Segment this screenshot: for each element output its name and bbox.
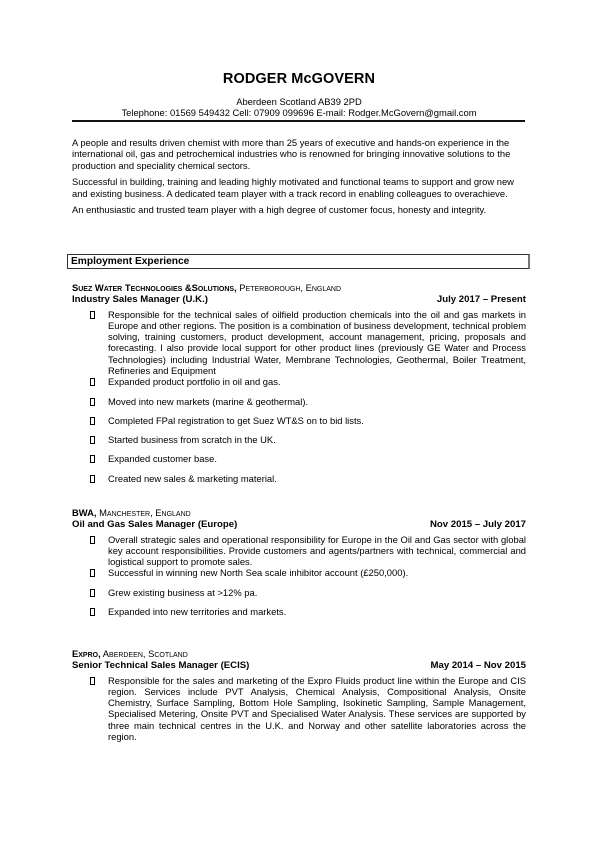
- bullet-text: Expanded customer base.: [108, 453, 217, 464]
- list-item: Responsible for the sales and marketing …: [72, 675, 526, 743]
- summary-paragraph: An enthusiastic and trusted team player …: [72, 204, 528, 215]
- bullet-icon: [90, 608, 95, 616]
- list-item: Responsible for the technical sales of o…: [72, 309, 526, 377]
- candidate-contact: Telephone: 01569 549432 Cell: 07909 0996…: [0, 107, 598, 118]
- job-entry: Expro, Aberdeen, Scotland Senior Technic…: [72, 648, 526, 742]
- company-line: BWA, Manchester, England: [72, 507, 526, 519]
- list-item: Moved into new markets (marine & geother…: [72, 396, 526, 407]
- job-entry: BWA, Manchester, England Oil and Gas Sal…: [72, 507, 526, 617]
- bullet-text: Overall strategic sales and operational …: [108, 534, 526, 568]
- company-location: Aberdeen, Scotland: [101, 648, 188, 659]
- list-item: Expanded product portfolio in oil and ga…: [72, 376, 526, 387]
- company-name: Suez Water Technologies &Solutions,: [72, 282, 237, 293]
- list-item: Expanded customer base.: [72, 453, 526, 464]
- job-bullets: Responsible for the technical sales of o…: [72, 309, 526, 485]
- bullet-text: Expanded product portfolio in oil and ga…: [108, 376, 281, 387]
- bullet-icon: [90, 311, 95, 319]
- company-line: Expro, Aberdeen, Scotland: [72, 648, 526, 660]
- bullet-text: Completed FPal registration to get Suez …: [108, 415, 364, 426]
- role-row: Senior Technical Sales Manager (ECIS) Ma…: [72, 660, 526, 672]
- role-row: Oil and Gas Sales Manager (Europe) Nov 2…: [72, 519, 526, 531]
- job-title: Industry Sales Manager (U.K.): [72, 294, 208, 306]
- bullet-text: Responsible for the sales and marketing …: [108, 675, 526, 742]
- section-title: Employment Experience: [71, 256, 189, 268]
- bullet-icon: [90, 677, 95, 685]
- bullet-text: Grew existing business at >12% pa.: [108, 587, 257, 598]
- summary-paragraph: Successful in building, training and lea…: [72, 176, 528, 199]
- section-header-employment: Employment Experience: [67, 254, 530, 269]
- candidate-address: Aberdeen Scotland AB39 2PD: [0, 96, 598, 107]
- bullet-icon: [90, 589, 95, 597]
- bullet-icon: [90, 569, 95, 577]
- list-item: Started business from scratch in the UK.: [72, 434, 526, 445]
- job-dates: July 2017 – Present: [437, 294, 526, 306]
- list-item: Overall strategic sales and operational …: [72, 534, 526, 568]
- job-dates: May 2014 – Nov 2015: [431, 660, 526, 672]
- bullet-icon: [90, 536, 95, 544]
- job-title: Oil and Gas Sales Manager (Europe): [72, 519, 237, 531]
- list-item: Created new sales & marketing material.: [72, 473, 526, 484]
- bullet-icon: [90, 398, 95, 406]
- job-title: Senior Technical Sales Manager (ECIS): [72, 660, 249, 672]
- company-name: Expro,: [72, 648, 101, 659]
- bullet-text: Started business from scratch in the UK.: [108, 434, 276, 445]
- header-divider: [72, 120, 525, 122]
- bullet-text: Successful in winning new North Sea scal…: [108, 567, 408, 578]
- bullet-text: Moved into new markets (marine & geother…: [108, 396, 308, 407]
- bullet-icon: [90, 436, 95, 444]
- job-dates: Nov 2015 – July 2017: [430, 519, 526, 531]
- company-name: BWA,: [72, 507, 96, 518]
- job-bullets: Overall strategic sales and operational …: [72, 534, 526, 618]
- list-item: Expanded into new territories and market…: [72, 606, 526, 617]
- company-line: Suez Water Technologies &Solutions, Pete…: [72, 282, 526, 294]
- list-item: Grew existing business at >12% pa.: [72, 587, 526, 598]
- bullet-icon: [90, 475, 95, 483]
- profile-summary: A people and results driven chemist with…: [72, 137, 528, 221]
- list-item: Successful in winning new North Sea scal…: [72, 567, 526, 578]
- job-bullets: Responsible for the sales and marketing …: [72, 675, 526, 743]
- list-item: Completed FPal registration to get Suez …: [72, 415, 526, 426]
- bullet-icon: [90, 378, 95, 386]
- resume-page: RODGER McGOVERN Aberdeen Scotland AB39 2…: [0, 0, 598, 842]
- bullet-icon: [90, 455, 95, 463]
- bullet-text: Responsible for the technical sales of o…: [108, 309, 526, 376]
- bullet-text: Created new sales & marketing material.: [108, 473, 277, 484]
- company-location: Manchester, England: [96, 507, 190, 518]
- bullet-icon: [90, 417, 95, 425]
- summary-paragraph: A people and results driven chemist with…: [72, 137, 528, 171]
- company-location: Peterborough, England: [237, 282, 341, 293]
- role-row: Industry Sales Manager (U.K.) July 2017 …: [72, 294, 526, 306]
- candidate-name: RODGER McGOVERN: [0, 71, 598, 88]
- job-entry: Suez Water Technologies &Solutions, Pete…: [72, 282, 526, 484]
- bullet-text: Expanded into new territories and market…: [108, 606, 286, 617]
